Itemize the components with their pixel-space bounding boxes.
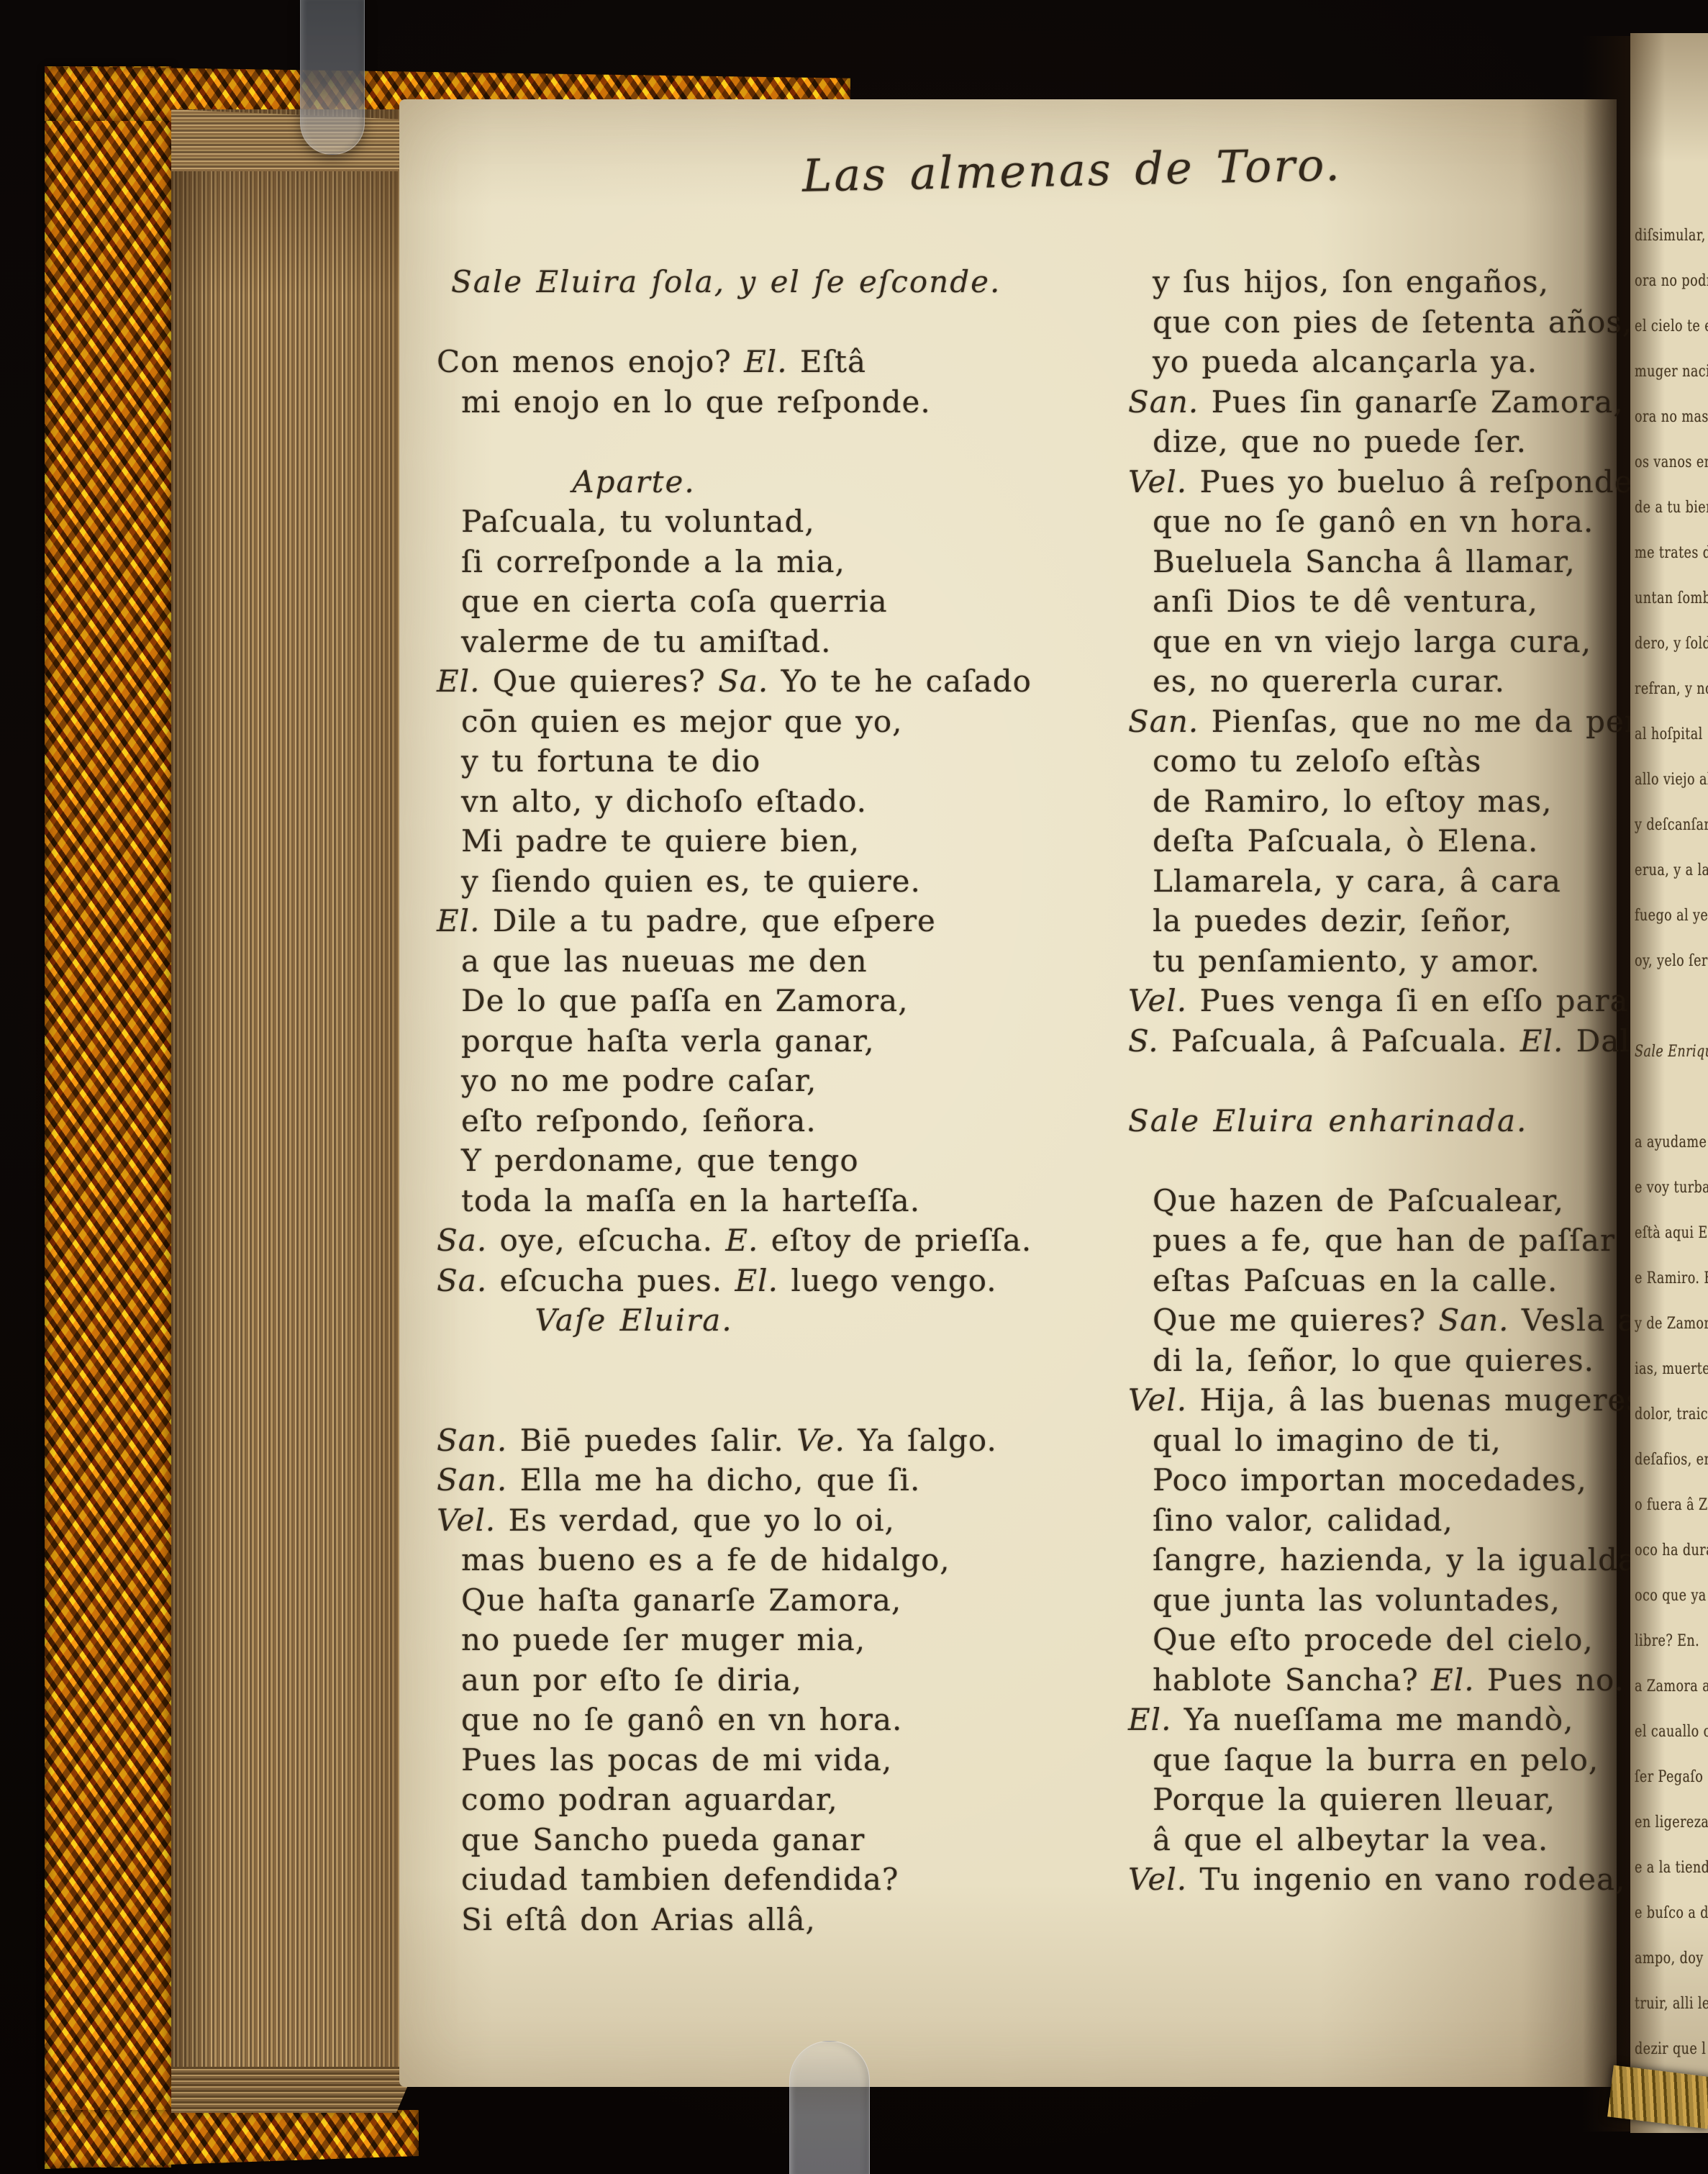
verse-line: valerme de tu amiſtad. xyxy=(461,622,1117,662)
running-title: Las almenas de Toro. xyxy=(801,138,1342,202)
verse-line: que con pies de ſetenta años, xyxy=(1153,302,1616,343)
verse-line: allo viejo al xyxy=(1635,757,1708,802)
verse-line: cōn quien es mejor que yo, xyxy=(461,702,1117,742)
verse-line: Y perdoname, que tengo xyxy=(461,1141,1117,1181)
verse-line: libre? En. xyxy=(1635,1618,1708,1664)
verse-line: untan ſombra xyxy=(1635,576,1708,621)
verse-line: Paſcuala, tu voluntad, xyxy=(461,502,1117,542)
verse-line: porque haſta verla ganar, xyxy=(461,1021,1117,1061)
verse-line: y ſiendo quien es, te quiere. xyxy=(461,861,1117,902)
verse-line: mas bueno es a fe de hidalgo, xyxy=(461,1540,1117,1580)
verse-line: que junta las voluntades, xyxy=(1153,1580,1616,1621)
verse-line: San. Pues ſin ganarſe Zamora, xyxy=(1128,382,1616,422)
verse-line: De lo que paſſa en Zamora, xyxy=(461,981,1117,1021)
verse-line: ampo, doy xyxy=(1635,1936,1708,1981)
verse-line: que no ſe ganô en vn hora. xyxy=(461,1700,1117,1740)
speaker-abbreviation: San. xyxy=(437,1462,507,1498)
verse-line: Con menos enojo? El. Eſtâ xyxy=(437,342,1117,382)
book-page: Las almenas de Toro. Sale Eluira ſola, y… xyxy=(399,99,1617,2087)
gutter-shadow xyxy=(1583,36,1635,2132)
verse-line: o fuera â Z xyxy=(1635,1482,1708,1528)
verse-line: ſangre, hazienda, y la igualdad, xyxy=(1153,1540,1616,1580)
verse-line: tu penſamiento, y amor. xyxy=(1153,941,1616,982)
verse-line: Que haſta ganarſe Zamora, xyxy=(461,1580,1117,1621)
verse-line: Que me quieres? San. Vesla aî, xyxy=(1153,1300,1616,1341)
verse-line: que Sancho pueda ganar xyxy=(461,1820,1117,1860)
speaker-abbreviation: San. xyxy=(1128,384,1199,420)
verse-line: en ligereza xyxy=(1635,1800,1708,1845)
verse-line: me trates de xyxy=(1635,530,1708,576)
verse-line: Sa. oye, eſcucha. E. eſtoy de prieſſa. xyxy=(437,1220,1117,1261)
stage-direction: Sale Eluira ſola, y el ſe eſconde. xyxy=(451,262,1117,302)
verse-line: y ſus hijos, ſon engaños, xyxy=(1153,262,1616,302)
verse-line: El. Ya nueſſama me mandò, xyxy=(1128,1700,1616,1740)
verse-line: ſino valor, calidad, xyxy=(1153,1500,1616,1541)
verse-line: dolor, traic xyxy=(1635,1392,1708,1437)
verse-line: dize, que no puede ſer. xyxy=(1153,422,1616,462)
blank-line xyxy=(1128,1061,1616,1101)
speaker-abbreviation: S. xyxy=(1128,1023,1159,1059)
verse-line: anſi Dios te dê ventura, xyxy=(1153,581,1616,622)
verse-line: ſi correſponde a la mia, xyxy=(461,542,1117,582)
book-clamp-strap-top xyxy=(300,0,365,155)
verse-line: ora no podra xyxy=(1635,258,1708,304)
verse-line: de Ramiro, lo eſtoy mas, xyxy=(1153,782,1616,822)
verse-line: mi enojo en lo que reſponde. xyxy=(461,382,1117,422)
verse-line: truir, alli le xyxy=(1635,1981,1708,2026)
speaker-abbreviation: Ve. xyxy=(796,1423,845,1458)
verse-line: diſsimular, xyxy=(1635,213,1708,258)
verse-line: al hoſpital xyxy=(1635,712,1708,757)
speaker-abbreviation: El. xyxy=(437,663,480,699)
verse-line: a que las nueuas me den xyxy=(461,941,1117,982)
text-column-right: y ſus hijos, ſon engaños,que con pies de… xyxy=(1128,262,1616,1900)
verse-line: Si eſtâ don Arias allâ, xyxy=(461,1900,1117,1940)
speaker-abbreviation: Sa. xyxy=(718,663,768,699)
verse-line: el cauallo o xyxy=(1635,1709,1708,1754)
verse-line: Vel. Pues yo bueluo â reſponder, xyxy=(1128,462,1616,502)
blank-line xyxy=(1128,1141,1616,1181)
verse-line: dero, y ſolda xyxy=(1635,621,1708,666)
verse-line: Vel. Pues venga ſi en eſſo para. xyxy=(1128,981,1616,1021)
verse-line: es, no quererla curar. xyxy=(1153,661,1616,702)
verse-line: Llamarela, y cara, â cara xyxy=(1153,861,1616,902)
verse-line: eſto reſpondo, ſeñora. xyxy=(461,1101,1117,1141)
verse-line: vn alto, y dichoſo eſtado. xyxy=(461,782,1117,822)
verse-line: ora no mas. xyxy=(1635,394,1708,440)
verse-line: pues a fe, que han de paſſar xyxy=(1153,1220,1616,1261)
verse-line: S. Paſcuala, â Paſcuala. El. Dalle, xyxy=(1128,1021,1616,1061)
speaker-abbreviation: Sa. xyxy=(437,1263,487,1298)
speaker-abbreviation: San. xyxy=(1128,704,1199,739)
verse-line: que no ſe ganô en vn hora. xyxy=(1153,502,1616,542)
verse-line: El. Que quieres? Sa. Yo te he caſado xyxy=(437,661,1117,702)
verse-line: y deſcanſar xyxy=(1635,802,1708,848)
verse-line: que en vn viejo larga cura, xyxy=(1153,622,1616,662)
verse-line: como tu zeloſo eſtàs xyxy=(1153,741,1616,782)
speaker-abbreviation: El. xyxy=(1128,1702,1171,1737)
verse-line: refran, y no xyxy=(1635,666,1708,712)
verse-line: no puede ſer muger mia, xyxy=(461,1620,1117,1660)
verse-line: San. Pienſas, que no me da pena, xyxy=(1128,702,1616,742)
next-page-text: diſsimular,ora no podrael cielo te eſcmu… xyxy=(1635,213,1708,2117)
verse-line: ias, muertes xyxy=(1635,1346,1708,1392)
verse-line: ſer Pegaſo xyxy=(1635,1754,1708,1800)
verse-line: yo no me podre caſar, xyxy=(461,1061,1117,1101)
verse-line: Pues las pocas de mi vida, xyxy=(461,1740,1117,1780)
blank-line xyxy=(437,1380,1117,1421)
verse-line: aun por eſto ſe diria, xyxy=(461,1660,1117,1700)
speaker-abbreviation: El. xyxy=(1520,1023,1563,1059)
next-page-edge: diſsimular,ora no podrael cielo te eſcmu… xyxy=(1630,33,1708,2133)
speaker-abbreviation: E. xyxy=(725,1223,758,1258)
verse-line: oy, yelo ſer xyxy=(1635,938,1708,984)
verse-line: ciudad tambien defendida? xyxy=(461,1860,1117,1900)
verse-line: a ayudame a xyxy=(1635,1120,1708,1165)
page-fore-edge-left xyxy=(171,109,409,2083)
verse-line: Vel. Tu ingenio en vano rodea, xyxy=(1128,1860,1616,1900)
speaker-abbreviation: El. xyxy=(1431,1662,1474,1698)
verse-line: Que hazen de Paſcualear, xyxy=(1153,1181,1616,1221)
gilt-binding-edge-left xyxy=(45,66,171,2168)
speaker-abbreviation: Vel. xyxy=(1128,983,1187,1018)
verse-line: Sa. eſcucha pues. El. luego vengo. xyxy=(437,1261,1117,1301)
blank-line xyxy=(1635,984,1708,1029)
stage-direction: Aparte. xyxy=(437,462,831,502)
verse-line: oco ha dura xyxy=(1635,1528,1708,1573)
verse-line: toda la maſſa en la harteſſa. xyxy=(461,1181,1117,1221)
verse-line: deſafios, ent xyxy=(1635,1437,1708,1482)
speaker-abbreviation: Vel. xyxy=(437,1503,496,1538)
verse-line: Vel. Hija, â las buenas mugeres, xyxy=(1128,1380,1616,1421)
verse-line: oco que ya xyxy=(1635,1573,1708,1618)
verse-line: deſta Paſcuala, ò Elena. xyxy=(1153,821,1616,861)
verse-line: Bueluela Sancha â llamar, xyxy=(1153,542,1616,582)
verse-line: y tu fortuna te dio xyxy=(461,741,1117,782)
verse-line: El. Dile a tu padre, que eſpere xyxy=(437,901,1117,941)
verse-line: erua, y a la g xyxy=(1635,848,1708,893)
speaker-abbreviation: Vel. xyxy=(1128,1862,1187,1897)
speaker-abbreviation: Sa. xyxy=(437,1223,487,1258)
verse-line: Mi padre te quiere bien, xyxy=(461,821,1117,861)
verse-line: a Zamora a xyxy=(1635,1664,1708,1709)
verse-line: â que el albeytar la vea. xyxy=(1153,1820,1616,1860)
verse-line: e a la tienda xyxy=(1635,1845,1708,1890)
stage-direction: Sale Enriqu xyxy=(1635,1029,1708,1074)
speaker-abbreviation: El. xyxy=(744,344,787,379)
speaker-abbreviation: San. xyxy=(437,1423,507,1458)
verse-line: que ſaque la burra en pelo, xyxy=(1153,1740,1616,1780)
verse-line: Poco importan mocedades, xyxy=(1153,1460,1616,1500)
verse-line: de a tu bien, xyxy=(1635,485,1708,530)
verse-line: os vanos enr xyxy=(1635,440,1708,485)
page-fore-edge-bottom xyxy=(171,2067,416,2113)
verse-line: eſtà aqui E xyxy=(1635,1210,1708,1256)
verse-line: el cielo te eſc xyxy=(1635,304,1708,349)
verse-line: e voy turban xyxy=(1635,1165,1708,1210)
verse-line: yo pueda alcançarla ya. xyxy=(1153,342,1616,382)
verse-line: e buſco a d xyxy=(1635,1890,1708,1936)
blank-line xyxy=(437,422,1117,462)
verse-line: fuego al yelo xyxy=(1635,893,1708,938)
verse-line: la puedes dezir, ſeñor, xyxy=(1153,901,1616,941)
verse-line: hablote Sancha? El. Pues no. xyxy=(1153,1660,1616,1700)
verse-line: que en cierta coſa querria xyxy=(461,581,1117,622)
verse-line: eſtas Paſcuas en la calle. xyxy=(1153,1261,1616,1301)
verse-line: di la, ſeñor, lo que quieres. xyxy=(1153,1341,1616,1381)
verse-line: y de Zamora xyxy=(1635,1301,1708,1346)
verse-line: San. Biē puedes ſalir. Ve. Ya ſalgo. xyxy=(437,1421,1117,1461)
book-clamp-strap-bottom xyxy=(789,2041,870,2174)
speaker-abbreviation: San. xyxy=(1438,1303,1509,1338)
blank-line xyxy=(437,302,1117,343)
speaker-abbreviation: Vel. xyxy=(1128,1382,1187,1418)
verse-line: Vel. Es verdad, que yo lo oi, xyxy=(437,1500,1117,1541)
verse-line: como podran aguardar, xyxy=(461,1780,1117,1820)
verse-line: Porque la quieren lleuar, xyxy=(1153,1780,1616,1820)
verse-line: Que eſto procede del cielo, xyxy=(1153,1620,1616,1660)
stage-direction: Sale Eluira enharinada. xyxy=(1128,1101,1411,1141)
stage-direction: Vaſe Eluira. xyxy=(437,1300,831,1341)
speaker-abbreviation: Vel. xyxy=(1128,464,1187,499)
speaker-abbreviation: El. xyxy=(735,1263,778,1298)
verse-line: San. Ella me ha dicho, que ſi. xyxy=(437,1460,1117,1500)
verse-line: dezir que l xyxy=(1635,2026,1708,2072)
verse-line: qual lo imagino de ti, xyxy=(1153,1421,1616,1461)
blank-line xyxy=(1635,1074,1708,1120)
speaker-abbreviation: El. xyxy=(437,903,480,938)
text-column-left: Sale Eluira ſola, y el ſe eſconde.Con me… xyxy=(437,262,1117,1939)
blank-line xyxy=(437,1341,1117,1381)
verse-line: muger nacio xyxy=(1635,349,1708,394)
verse-line: e Ramiro. En xyxy=(1635,1256,1708,1301)
